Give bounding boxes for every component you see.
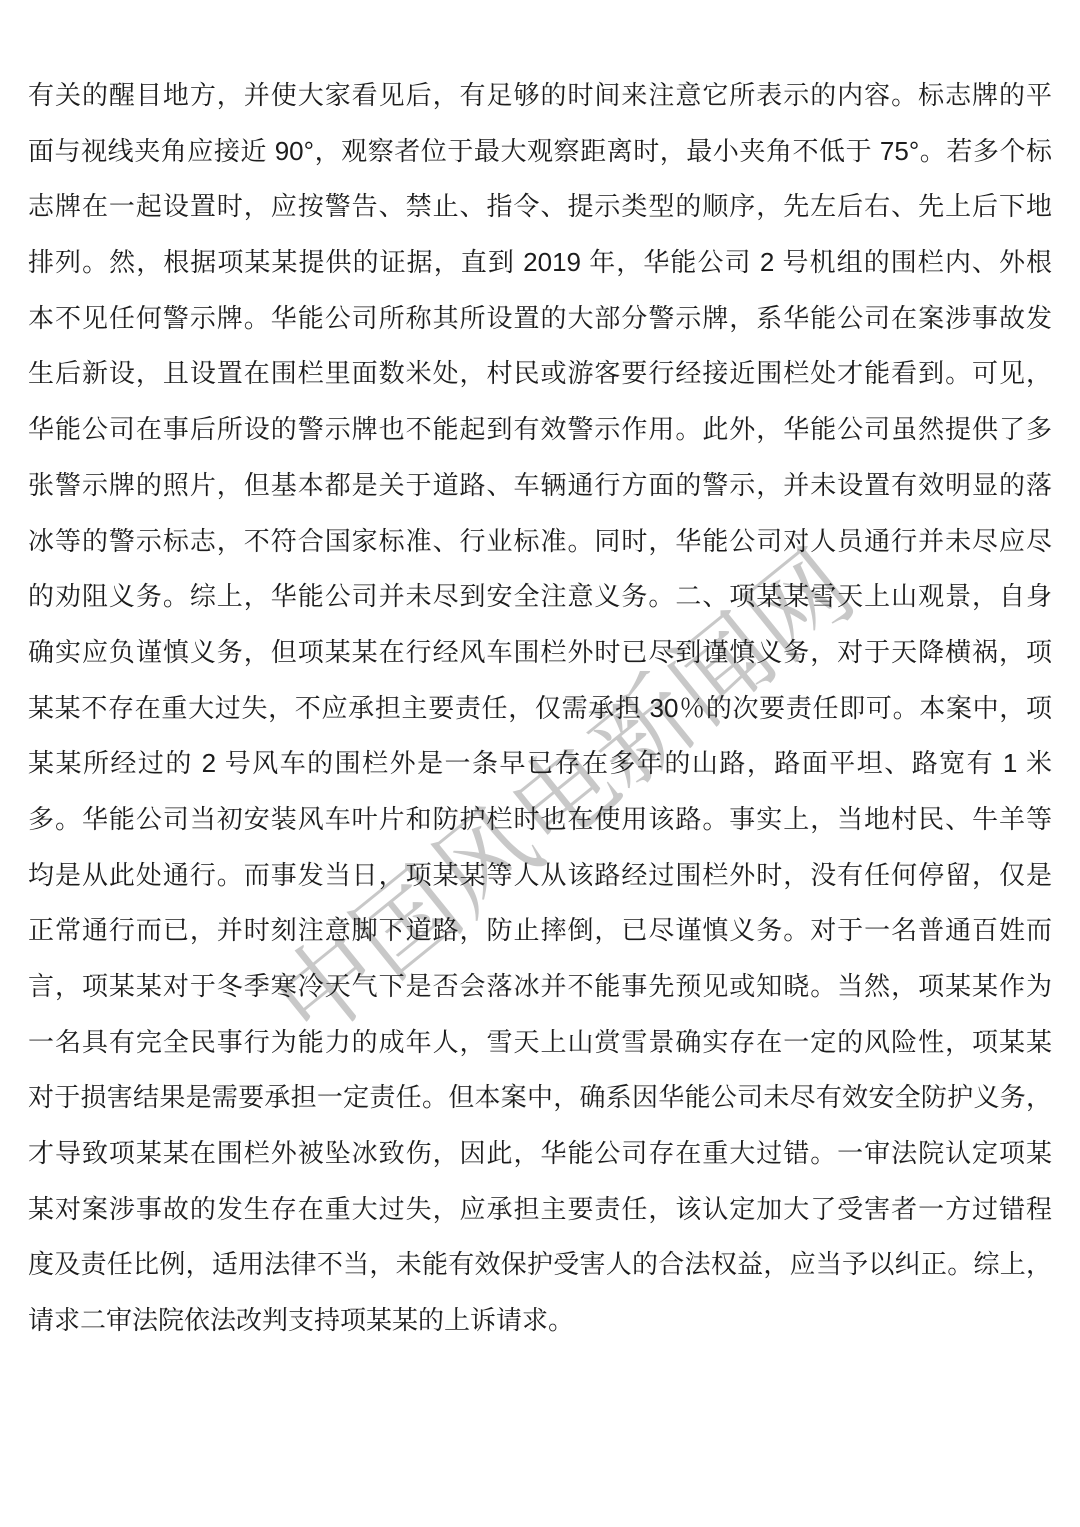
document-line: 华能公司在事后所设的警示牌也不能起到有效警示作用。此外，华能公司虽然提供了多 — [28, 402, 1052, 458]
document-line: 言，项某某对于冬季寒冷天气下是否会落冰并不能事先预见或知晓。当然，项某某作为 — [28, 959, 1052, 1015]
document-line: 某某不存在重大过失，不应承担主要责任，仅需承担 30％的次要责任即可。本案中，项 — [28, 681, 1052, 737]
document-line: 正常通行而已，并时刻注意脚下道路，防止摔倒，已尽谨慎义务。对于一名普通百姓而 — [28, 903, 1052, 959]
document-line: 面与视线夹角应接近 90°，观察者位于最大观察距离时，最小夹角不低于 75°。若… — [28, 124, 1052, 180]
document-line: 一名具有完全民事行为能力的成年人，雪天上山赏雪景确实存在一定的风险性，项某某 — [28, 1015, 1052, 1071]
document-line: 确实应负谨慎义务，但项某某在行经风车围栏外时已尽到谨慎义务，对于天降横祸，项 — [28, 625, 1052, 681]
document-body: 有关的醒目地方，并使大家看见后，有足够的时间来注意它所表示的内容。标志牌的平面与… — [28, 68, 1052, 1349]
document-line: 均是从此处通行。而事发当日，项某某等人从该路经过围栏外时，没有任何停留，仅是 — [28, 848, 1052, 904]
document-line: 请求二审法院依法改判支持项某某的上诉请求。 — [28, 1293, 1052, 1349]
document-line: 多。华能公司当初安装风车叶片和防护栏时也在使用该路。事实上，当地村民、牛羊等 — [28, 792, 1052, 848]
document-line: 的劝阻义务。综上，华能公司并未尽到安全注意义务。二、项某某雪天上山观景，自身 — [28, 569, 1052, 625]
document-line: 本不见任何警示牌。华能公司所称其所设置的大部分警示牌，系华能公司在案涉事故发 — [28, 291, 1052, 347]
document-line: 度及责任比例，适用法律不当，未能有效保护受害人的合法权益，应当予以纠正。综上， — [28, 1237, 1052, 1293]
document-line: 有关的醒目地方，并使大家看见后，有足够的时间来注意它所表示的内容。标志牌的平 — [28, 68, 1052, 124]
document-line: 排列。然，根据项某某提供的证据，直到 2019 年，华能公司 2 号机组的围栏内… — [28, 235, 1052, 291]
document-page: 中国风电新闻网 有关的醒目地方，并使大家看见后，有足够的时间来注意它所表示的内容… — [0, 0, 1080, 1527]
document-line: 张警示牌的照片，但基本都是关于道路、车辆通行方面的警示，并未设置有效明显的落 — [28, 458, 1052, 514]
document-line: 冰等的警示标志，不符合国家标准、行业标准。同时，华能公司对人员通行并未尽应尽 — [28, 514, 1052, 570]
document-line: 某对案涉事故的发生存在重大过失，应承担主要责任，该认定加大了受害者一方过错程 — [28, 1182, 1052, 1238]
document-line: 志牌在一起设置时，应按警告、禁止、指令、提示类型的顺序，先左后右、先上后下地 — [28, 179, 1052, 235]
document-line: 对于损害结果是需要承担一定责任。但本案中，确系因华能公司未尽有效安全防护义务， — [28, 1070, 1052, 1126]
document-line: 某某所经过的 2 号风车的围栏外是一条早已存在多年的山路，路面平坦、路宽有 1 … — [28, 736, 1052, 792]
document-line: 才导致项某某在围栏外被坠冰致伤，因此，华能公司存在重大过错。一审法院认定项某 — [28, 1126, 1052, 1182]
document-line: 生后新设，且设置在围栏里面数米处，村民或游客要行经接近围栏处才能看到。可见， — [28, 346, 1052, 402]
